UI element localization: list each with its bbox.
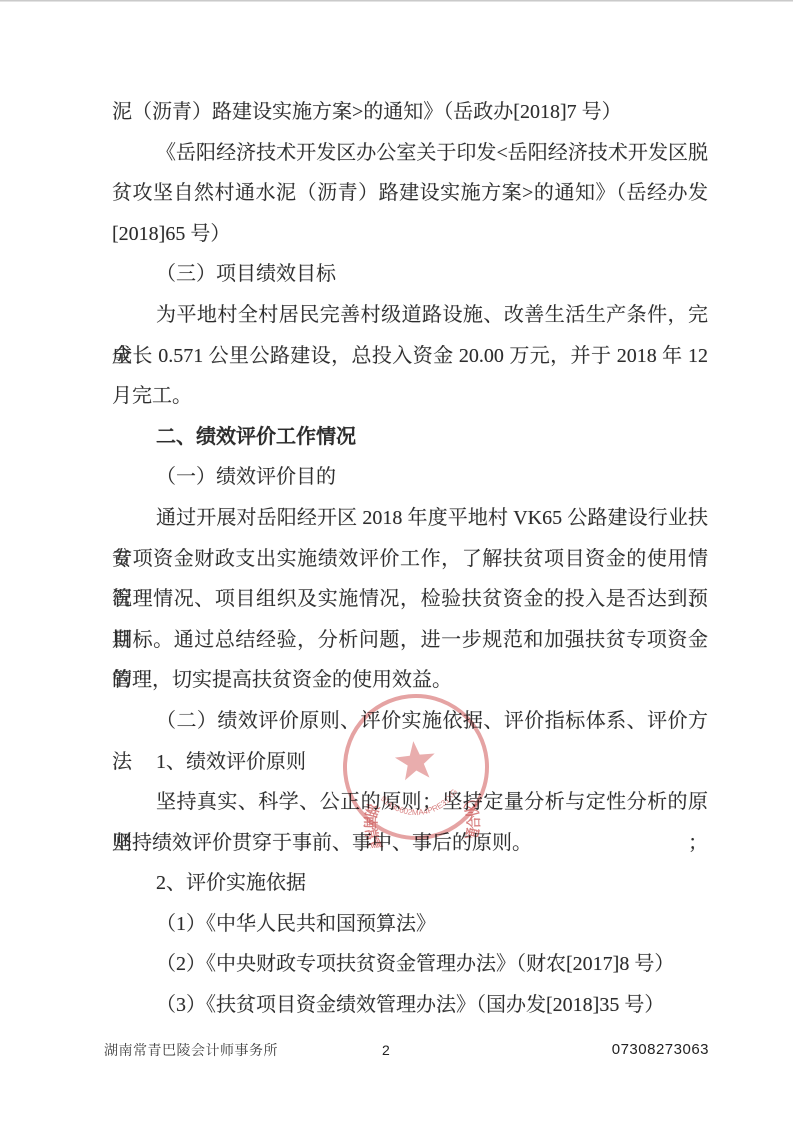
doc-line: （三）项目绩效目标	[112, 254, 708, 295]
doc-line: （2）《中央财政专项扶贫资金管理办法》（财农[2017]8 号）	[112, 944, 708, 985]
footer-company-name: 湖南常青巴陵会计师事务所	[104, 1040, 278, 1060]
seal-code-text-wrap: 91430602MA4PRE31XG	[378, 786, 461, 821]
doc-line: [2018]65 号）	[112, 214, 708, 255]
scan-top-edge	[0, 0, 793, 2]
doc-line: 2、评价实施依据	[112, 863, 708, 904]
doc-line: 目标。通过总结经验，分析问题，进一步规范和加强扶贫专项资金的	[112, 620, 708, 661]
doc-line: 为平地村全村居民完善村级道路设施、改善生活生产条件，完成	[112, 295, 708, 336]
seal-code-text: 91430602MA4PRE31XG	[378, 786, 461, 821]
doc-line: （1）《中华人民共和国预算法》	[112, 904, 708, 945]
doc-line: 贫攻坚自然村通水泥（沥青）路建设实施方案>的通知》（岳经办发	[112, 173, 708, 214]
doc-line: 管理情况、项目组织及实施情况，检验扶贫资金的投入是否达到预期	[112, 579, 708, 620]
doc-line: 《岳阳经济技术开发区办公室关于印发<岳阳经济技术开发区脱	[112, 133, 708, 174]
doc-line: 月完工。	[112, 376, 708, 417]
doc-line: （3）《扶贫项目资金绩效管理办法》（国办发[2018]35 号）	[112, 985, 708, 1026]
doc-line: 全长 0.571 公里公路建设，总投入资金 20.00 万元，并于 2018 年…	[112, 336, 708, 377]
doc-section-heading: 二、绩效评价工作情况	[112, 417, 708, 458]
doc-line: 专项资金财政支出实施绩效评价工作，了解扶贫项目资金的使用情况、	[112, 539, 708, 580]
seal-star-icon	[393, 739, 437, 781]
scanned-document-page: { "doc": { "lines": [ {"text": "泥（沥青）路建设…	[0, 0, 793, 1121]
doc-line: 通过开展对岳阳经开区 2018 年度平地村 VK65 公路建设行业扶贫	[112, 498, 708, 539]
footer-page-number: 2	[382, 1042, 390, 1058]
doc-line: 泥（沥青）路建设实施方案>的通知》（岳政办[2018]7 号）	[112, 92, 708, 133]
doc-line: （一）绩效评价目的	[112, 457, 708, 498]
document-body: 泥（沥青）路建设实施方案>的通知》（岳政办[2018]7 号） 《岳阳经济技术开…	[112, 92, 708, 1026]
footer-phone-number: 07308273063	[612, 1041, 709, 1058]
company-seal: 湖南常青巴陵会计师事务所（普通合伙） 91430602MA4PRE31XG	[332, 683, 499, 850]
